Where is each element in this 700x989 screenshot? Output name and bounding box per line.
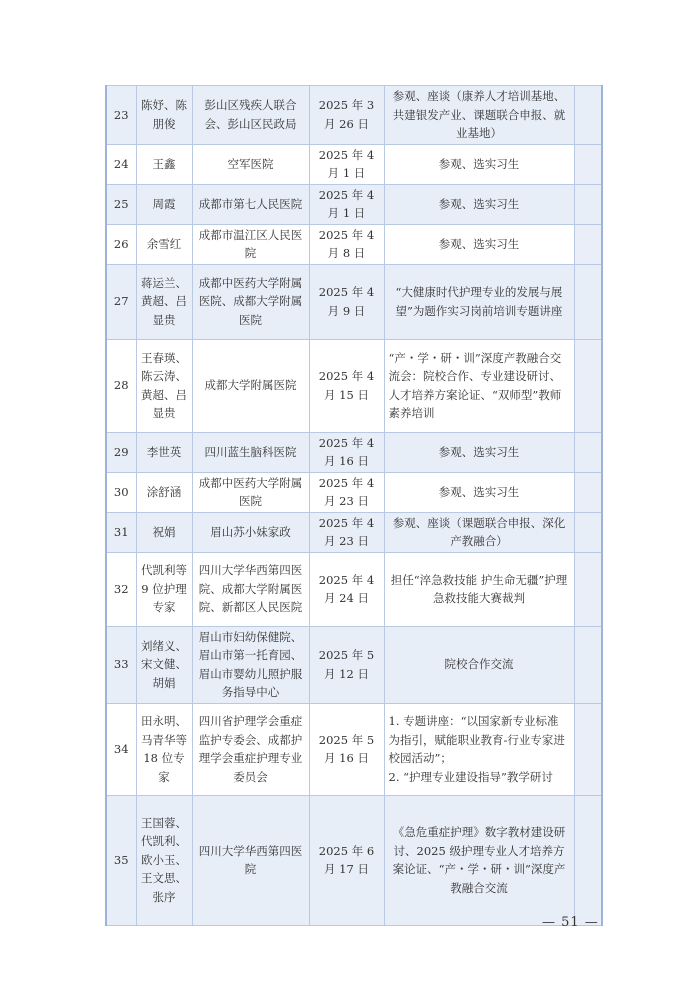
content-cell: 担任“淬急救技能 护生命无疆”护理急救技能大赛裁判: [384, 552, 574, 626]
date-cell: 2025 年 4 月 23 日: [309, 472, 384, 512]
table-row: 23陈妤、陈朋俊彭山区残疾人联合会、彭山区民政局2025 年 3 月 26 日参…: [106, 86, 602, 145]
content-cell: “大健康时代护理专业的发展与展望”为题作实习岗前培训专题讲座: [384, 264, 574, 339]
row-number-cell: 35: [106, 795, 136, 925]
table-row: 35王国蓉、代凯利、欧小玉、王文思、张序四川大学华西第四医院2025 年 6 月…: [106, 795, 602, 925]
date-cell: 2025 年 4 月 23 日: [309, 512, 384, 552]
content-cell: “产・学・研・训”深度产教融合交流会：院校合作、专业建设研讨、人才培养方案论证、…: [384, 339, 574, 432]
organization-cell: 四川大学华西第四医院: [192, 795, 309, 925]
organization-cell: 成都市温江区人民医院: [192, 224, 309, 264]
person-cell: 陈妤、陈朋俊: [136, 86, 192, 145]
person-cell: 李世英: [136, 432, 192, 472]
row-number-cell: 31: [106, 512, 136, 552]
date-cell: 2025 年 5 月 16 日: [309, 703, 384, 795]
person-cell: 王国蓉、代凯利、欧小玉、王文思、张序: [136, 795, 192, 925]
date-cell: 2025 年 4 月 8 日: [309, 224, 384, 264]
organization-cell: 四川大学华西第四医院、成都大学附属医院、新都区人民医院: [192, 552, 309, 626]
table-row: 26余雪红成都市温江区人民医院2025 年 4 月 8 日参观、选实习生: [106, 224, 602, 264]
row-number-cell: 23: [106, 86, 136, 145]
blank-remarks-cell: [574, 224, 602, 264]
blank-remarks-cell: [574, 626, 602, 703]
date-cell: 2025 年 4 月 15 日: [309, 339, 384, 432]
person-cell: 田永明、马青华等 18 位专家: [136, 703, 192, 795]
row-number-cell: 29: [106, 432, 136, 472]
row-number-cell: 28: [106, 339, 136, 432]
person-cell: 刘绪义、宋文健、胡娟: [136, 626, 192, 703]
blank-remarks-cell: [574, 552, 602, 626]
row-number-cell: 30: [106, 472, 136, 512]
content-cell: 参观、选实习生: [384, 184, 574, 224]
blank-remarks-cell: [574, 264, 602, 339]
organization-cell: 成都市第七人民医院: [192, 184, 309, 224]
table-row: 24王鑫空军医院2025 年 4 月 1 日参观、选实习生: [106, 144, 602, 184]
row-number-cell: 32: [106, 552, 136, 626]
row-number-cell: 25: [106, 184, 136, 224]
blank-remarks-cell: [574, 795, 602, 925]
person-cell: 代凯利等 9 位护理专家: [136, 552, 192, 626]
table-body: 23陈妤、陈朋俊彭山区残疾人联合会、彭山区民政局2025 年 3 月 26 日参…: [106, 86, 602, 926]
content-cell: 参观、座谈（康养人才培训基地、共建银发产业、课题联合申报、就业基地）: [384, 86, 574, 145]
row-number-cell: 34: [106, 703, 136, 795]
blank-remarks-cell: [574, 703, 602, 795]
person-cell: 余雪红: [136, 224, 192, 264]
person-cell: 王春瑛、陈云涛、黄超、吕显贵: [136, 339, 192, 432]
blank-remarks-cell: [574, 432, 602, 472]
date-cell: 2025 年 3 月 26 日: [309, 86, 384, 145]
person-cell: 周霞: [136, 184, 192, 224]
date-cell: 2025 年 4 月 24 日: [309, 552, 384, 626]
table-row: 32代凯利等 9 位护理专家四川大学华西第四医院、成都大学附属医院、新都区人民医…: [106, 552, 602, 626]
row-number-cell: 24: [106, 144, 136, 184]
table-row: 27蒋运兰、黄超、吕显贵成都中医药大学附属医院、成都大学附属医院2025 年 4…: [106, 264, 602, 339]
content-cell: 1. 专题讲座：“以国家新专业标准为指引，赋能职业教育-行业专家进校园活动”；2…: [384, 703, 574, 795]
date-cell: 2025 年 4 月 16 日: [309, 432, 384, 472]
content-cell: 参观、选实习生: [384, 224, 574, 264]
date-cell: 2025 年 4 月 1 日: [309, 184, 384, 224]
row-number-cell: 33: [106, 626, 136, 703]
content-cell: 参观、选实习生: [384, 432, 574, 472]
organization-cell: 成都中医药大学附属医院、成都大学附属医院: [192, 264, 309, 339]
document-page: 23陈妤、陈朋俊彭山区残疾人联合会、彭山区民政局2025 年 3 月 26 日参…: [0, 0, 700, 989]
table-row: 31祝娟眉山苏小妹家政2025 年 4 月 23 日参观、座谈（课题联合申报、深…: [106, 512, 602, 552]
person-cell: 祝娟: [136, 512, 192, 552]
exchange-records-table: 23陈妤、陈朋俊彭山区残疾人联合会、彭山区民政局2025 年 3 月 26 日参…: [105, 85, 603, 926]
organization-cell: 眉山苏小妹家政: [192, 512, 309, 552]
blank-remarks-cell: [574, 144, 602, 184]
blank-remarks-cell: [574, 86, 602, 145]
blank-remarks-cell: [574, 339, 602, 432]
person-cell: 涂舒涵: [136, 472, 192, 512]
content-cell: 院校合作交流: [384, 626, 574, 703]
row-number-cell: 27: [106, 264, 136, 339]
date-cell: 2025 年 4 月 9 日: [309, 264, 384, 339]
table-row: 34田永明、马青华等 18 位专家四川省护理学会重症监护专委会、成都护理学会重症…: [106, 703, 602, 795]
organization-cell: 成都大学附属医院: [192, 339, 309, 432]
content-cell: 《急危重症护理》数字教材建设研讨、2025 级护理专业人才培养方案论证、“产・学…: [384, 795, 574, 925]
person-cell: 蒋运兰、黄超、吕显贵: [136, 264, 192, 339]
blank-remarks-cell: [574, 512, 602, 552]
organization-cell: 四川蓝生脑科医院: [192, 432, 309, 472]
page-number-text: — 51 —: [542, 915, 599, 930]
content-cell: 参观、座谈（课题联合申报、深化产教融合）: [384, 512, 574, 552]
date-cell: 2025 年 6 月 17 日: [309, 795, 384, 925]
table-row: 30涂舒涵成都中医药大学附属医院2025 年 4 月 23 日参观、选实习生: [106, 472, 602, 512]
table-row: 25周霞成都市第七人民医院2025 年 4 月 1 日参观、选实习生: [106, 184, 602, 224]
blank-remarks-cell: [574, 472, 602, 512]
person-cell: 王鑫: [136, 144, 192, 184]
table-row: 28王春瑛、陈云涛、黄超、吕显贵成都大学附属医院2025 年 4 月 15 日“…: [106, 339, 602, 432]
content-cell: 参观、选实习生: [384, 144, 574, 184]
organization-cell: 空军医院: [192, 144, 309, 184]
table-row: 29李世英四川蓝生脑科医院2025 年 4 月 16 日参观、选实习生: [106, 432, 602, 472]
content-cell: 参观、选实习生: [384, 472, 574, 512]
row-number-cell: 26: [106, 224, 136, 264]
date-cell: 2025 年 4 月 1 日: [309, 144, 384, 184]
blank-remarks-cell: [574, 184, 602, 224]
organization-cell: 彭山区残疾人联合会、彭山区民政局: [192, 86, 309, 145]
organization-cell: 成都中医药大学附属医院: [192, 472, 309, 512]
date-cell: 2025 年 5 月 12 日: [309, 626, 384, 703]
organization-cell: 四川省护理学会重症监护专委会、成都护理学会重症护理专业委员会: [192, 703, 309, 795]
table-row: 33刘绪义、宋文健、胡娟眉山市妇幼保健院、眉山市第一托育园、眉山市婴幼儿照护服务…: [106, 626, 602, 703]
organization-cell: 眉山市妇幼保健院、眉山市第一托育园、眉山市婴幼儿照护服务指导中心: [192, 626, 309, 703]
